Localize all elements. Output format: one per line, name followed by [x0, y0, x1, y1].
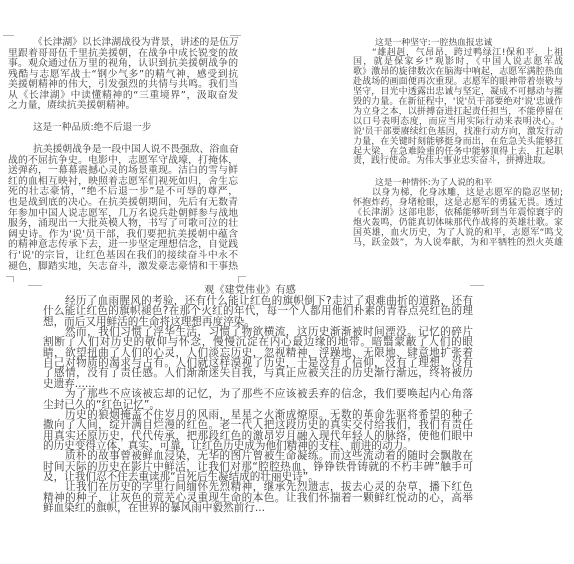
crop-mark [28, 285, 42, 286]
crop-mark [230, 35, 241, 36]
crop-mark [13, 276, 14, 282]
text-line: 之力量，赓续抗美援朝精神。 [8, 100, 238, 112]
text-line: 褪色，脚踏实地，矢志奋斗，激发豪志豪情和干事热 [8, 261, 238, 273]
text-line: 马，跃金鼓”，为人说奉献，为和平牺牲的烈火英雄 [353, 237, 563, 249]
text-line: 责，践行使命。为伟大事业忠实奋斗，拼搏进取。 [353, 155, 563, 167]
crop-mark [238, 276, 239, 283]
crop-mark [3, 35, 14, 36]
crop-mark [470, 285, 484, 286]
crop-mark [238, 276, 246, 277]
text-line: 鲜血染红的旗帜，在世界的暴风雨中毅然前行... [43, 502, 473, 514]
document-page: 《长津湖》以长津湖战役为背景，讲述的是伍万 里跟着哥哥伍千里抗美援朝，在战争中成… [0, 0, 574, 564]
section-heading: 这是一种品质:绝不后退一步 [33, 122, 151, 134]
